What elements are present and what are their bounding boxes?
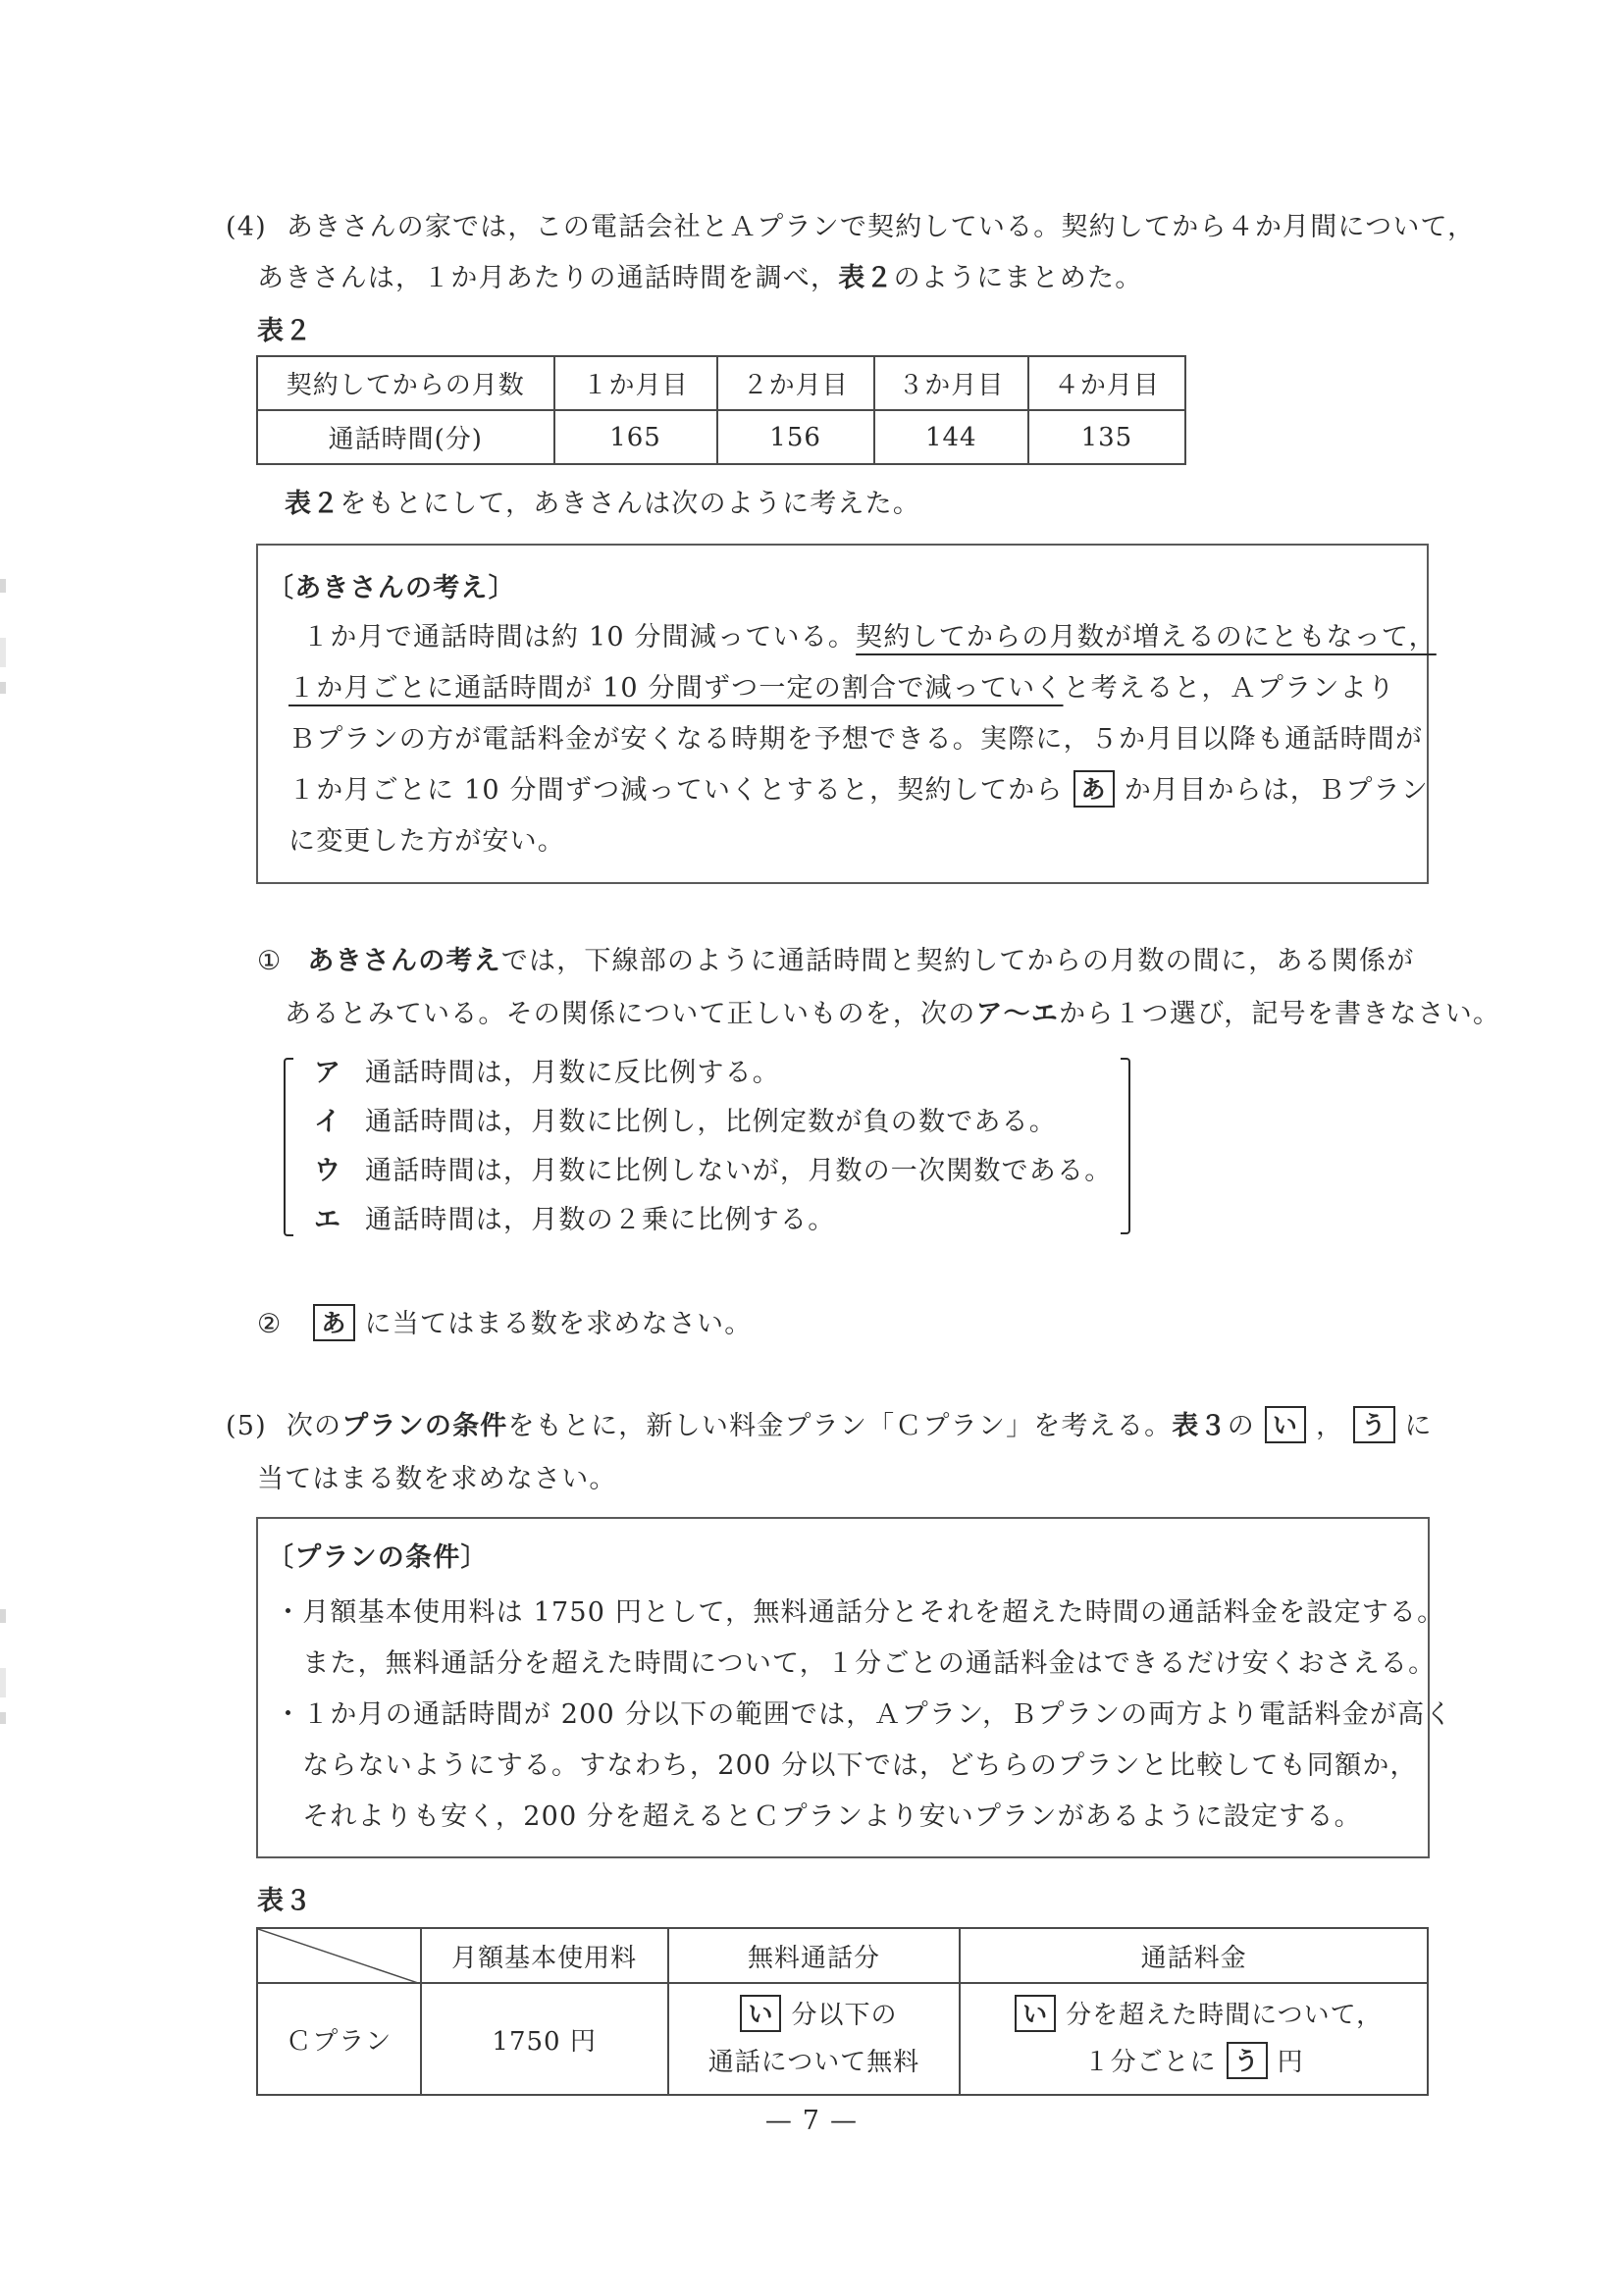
table3-header-cell: 通話料金 (960, 1928, 1428, 1983)
q5-line2: 当てはまる数を求めなさい。 (257, 1460, 617, 1499)
scan-artifact (0, 682, 6, 694)
table2-header-cell: ３か月目 (874, 356, 1028, 410)
sub1-number: ① (257, 946, 282, 976)
option-i: イ通話時間は，月数に比例し，比例定数が負の数である。 (314, 1103, 1057, 1142)
scan-artifact (0, 1668, 6, 1697)
sub1-line2: あるとみている。その関係について正しいものを，次のア～エから１つ選び，記号を書き… (285, 995, 1500, 1034)
table3-row-label: Ｃプラン (257, 1983, 421, 2095)
condition-line: また，無料通話分を超えた時間について，１分ごとの通話料金はできるだけ安くおさえる… (275, 1644, 1436, 1684)
option-u: ウ通話時間は，月数に比例しないが，月数の一次関数である。 (314, 1152, 1112, 1191)
scan-artifact (0, 1609, 6, 1623)
table3-free-minutes: い分以下の 通話について無料 (668, 1983, 961, 2095)
condition-line: ・１か月の通話時間が 200 分以下の範囲では，Ａプラン，Ｂプランの両方より電話… (275, 1696, 1453, 1735)
table2: 契約してからの月数 １か月目 ２か月目 ３か月目 ４か月目 通話時間(分) 16… (256, 355, 1186, 465)
option-letter: イ (314, 1103, 365, 1142)
idea-line2: １か月ごとに通話時間が 10 分間ずつ一定の割合で減っていくと考えると，Ａプラン… (288, 669, 1395, 708)
options-bracket-left (284, 1058, 293, 1236)
table2-cell: 156 (717, 410, 874, 464)
q4-after-table: 表２をもとにして，あきさんは次のように考えた。 (285, 485, 920, 524)
table2-header-row: 契約してからの月数 １か月目 ２か月目 ３か月目 ４か月目 (257, 356, 1185, 410)
scan-artifact (0, 638, 6, 667)
table3-data-row: Ｃプラン 1750 円 い分以下の 通話について無料 い分を超えた時間について，… (257, 1983, 1428, 2095)
underlined-text: １か月ごとに通話時間が 10 分間ずつ一定の割合で減っていく (288, 673, 1064, 704)
answer-blank-u: う (1353, 1406, 1394, 1443)
table2-cell: 144 (874, 410, 1028, 464)
q5-number: (5) (226, 1411, 267, 1441)
diagonal-line (258, 1929, 421, 1984)
table3-basic-fee: 1750 円 (421, 1983, 668, 2095)
table2-header-cell: ４か月目 (1028, 356, 1185, 410)
table2-cell: 165 (554, 410, 717, 464)
condition-line: それよりも安く，200 分を超えるとＣプランより安いプランがあるように設定する。 (275, 1798, 1362, 1837)
option-a: ア通話時間は，月数に反比例する。 (314, 1054, 780, 1093)
answer-blank-i: い (740, 1995, 781, 2032)
idea-line5: に変更した方が安い。 (288, 822, 565, 861)
q4-number: (4) (226, 212, 267, 242)
underlined-text: 契約してからの月数が増えるのにともなって， (856, 622, 1437, 652)
sub2-number: ② (257, 1309, 282, 1339)
scan-artifact (0, 1712, 6, 1724)
table2-header-cell: ２か月目 (717, 356, 874, 410)
option-letter: エ (314, 1201, 365, 1240)
table3-caption: 表３ (257, 1882, 312, 1921)
options-bracket-right (1121, 1058, 1130, 1234)
condition-line: ならないようにする。すなわち，200 分以下では，どちらのプランと比較しても同額… (275, 1747, 1418, 1786)
table3-header-cell: 月額基本使用料 (421, 1928, 668, 1983)
page-number: — 7 — (0, 2102, 1623, 2141)
idea-line1: １か月で通話時間は約 10 分間減っている。契約してからの月数が増えるのにともな… (275, 618, 1437, 657)
table3-call-fee: い分を超えた時間について， １分ごとにう円 (960, 1983, 1428, 2095)
table3-header-cell: 無料通話分 (668, 1928, 961, 1983)
idea-line3: Ｂプランの方が電話料金が安くなる時期を予想できる。実際に，５か月目以降も通話時間… (288, 720, 1423, 759)
answer-blank-a: あ (313, 1304, 354, 1341)
option-letter: ウ (314, 1152, 365, 1191)
table2-caption: 表２ (257, 312, 312, 351)
sub2-line: ②あに当てはまる数を求めなさい。 (257, 1305, 752, 1344)
condition-line: ・月額基本使用料は 1750 円として，無料通話分とそれを超えた時間の通話料金を… (275, 1593, 1444, 1633)
scan-artifact (0, 579, 6, 593)
table3: 月額基本使用料 無料通話分 通話料金 Ｃプラン 1750 円 い分以下の 通話に… (256, 1927, 1429, 2096)
table2-header-cell: 契約してからの月数 (257, 356, 554, 410)
answer-blank-i: い (1265, 1406, 1306, 1443)
answer-blank-a: あ (1073, 770, 1115, 808)
sub1-line1: ①あきさんの考えでは，下線部のように通話時間と契約してからの月数の間に，ある関係… (257, 942, 1414, 981)
answer-blank-u: う (1227, 2042, 1268, 2079)
conditions-title: 〔プランの条件〕 (267, 1539, 489, 1578)
option-letter: ア (314, 1054, 365, 1093)
table2-header-cell: １か月目 (554, 356, 717, 410)
q4-intro-line2: あきさんは，１か月あたりの通話時間を調べ，表２のようにまとめた。 (257, 259, 1142, 298)
table2-cell: 135 (1028, 410, 1185, 464)
idea-box-title: 〔あきさんの考え〕 (267, 569, 516, 608)
table2-cell: 通話時間(分) (257, 410, 554, 464)
idea-line4: １か月ごとに 10 分間ずつ減っていくとすると，契約してからあか月目からは，Ｂプ… (288, 771, 1429, 810)
answer-blank-i: い (1015, 1995, 1056, 2032)
table3-header-row: 月額基本使用料 無料通話分 通話料金 (257, 1928, 1428, 1983)
table3-corner-cell (257, 1928, 421, 1983)
q4-intro-line1: (4)あきさんの家では，この電話会社とＡプランで契約している。契約してから４か月… (226, 208, 1475, 247)
q5-line1: (5)次のプランの条件をもとに，新しい料金プラン「Ｃプラン」を考える。表３のい，… (226, 1407, 1433, 1446)
table2-data-row: 通話時間(分) 165 156 144 135 (257, 410, 1185, 464)
option-e: エ通話時間は，月数の２乗に比例する。 (314, 1201, 835, 1240)
